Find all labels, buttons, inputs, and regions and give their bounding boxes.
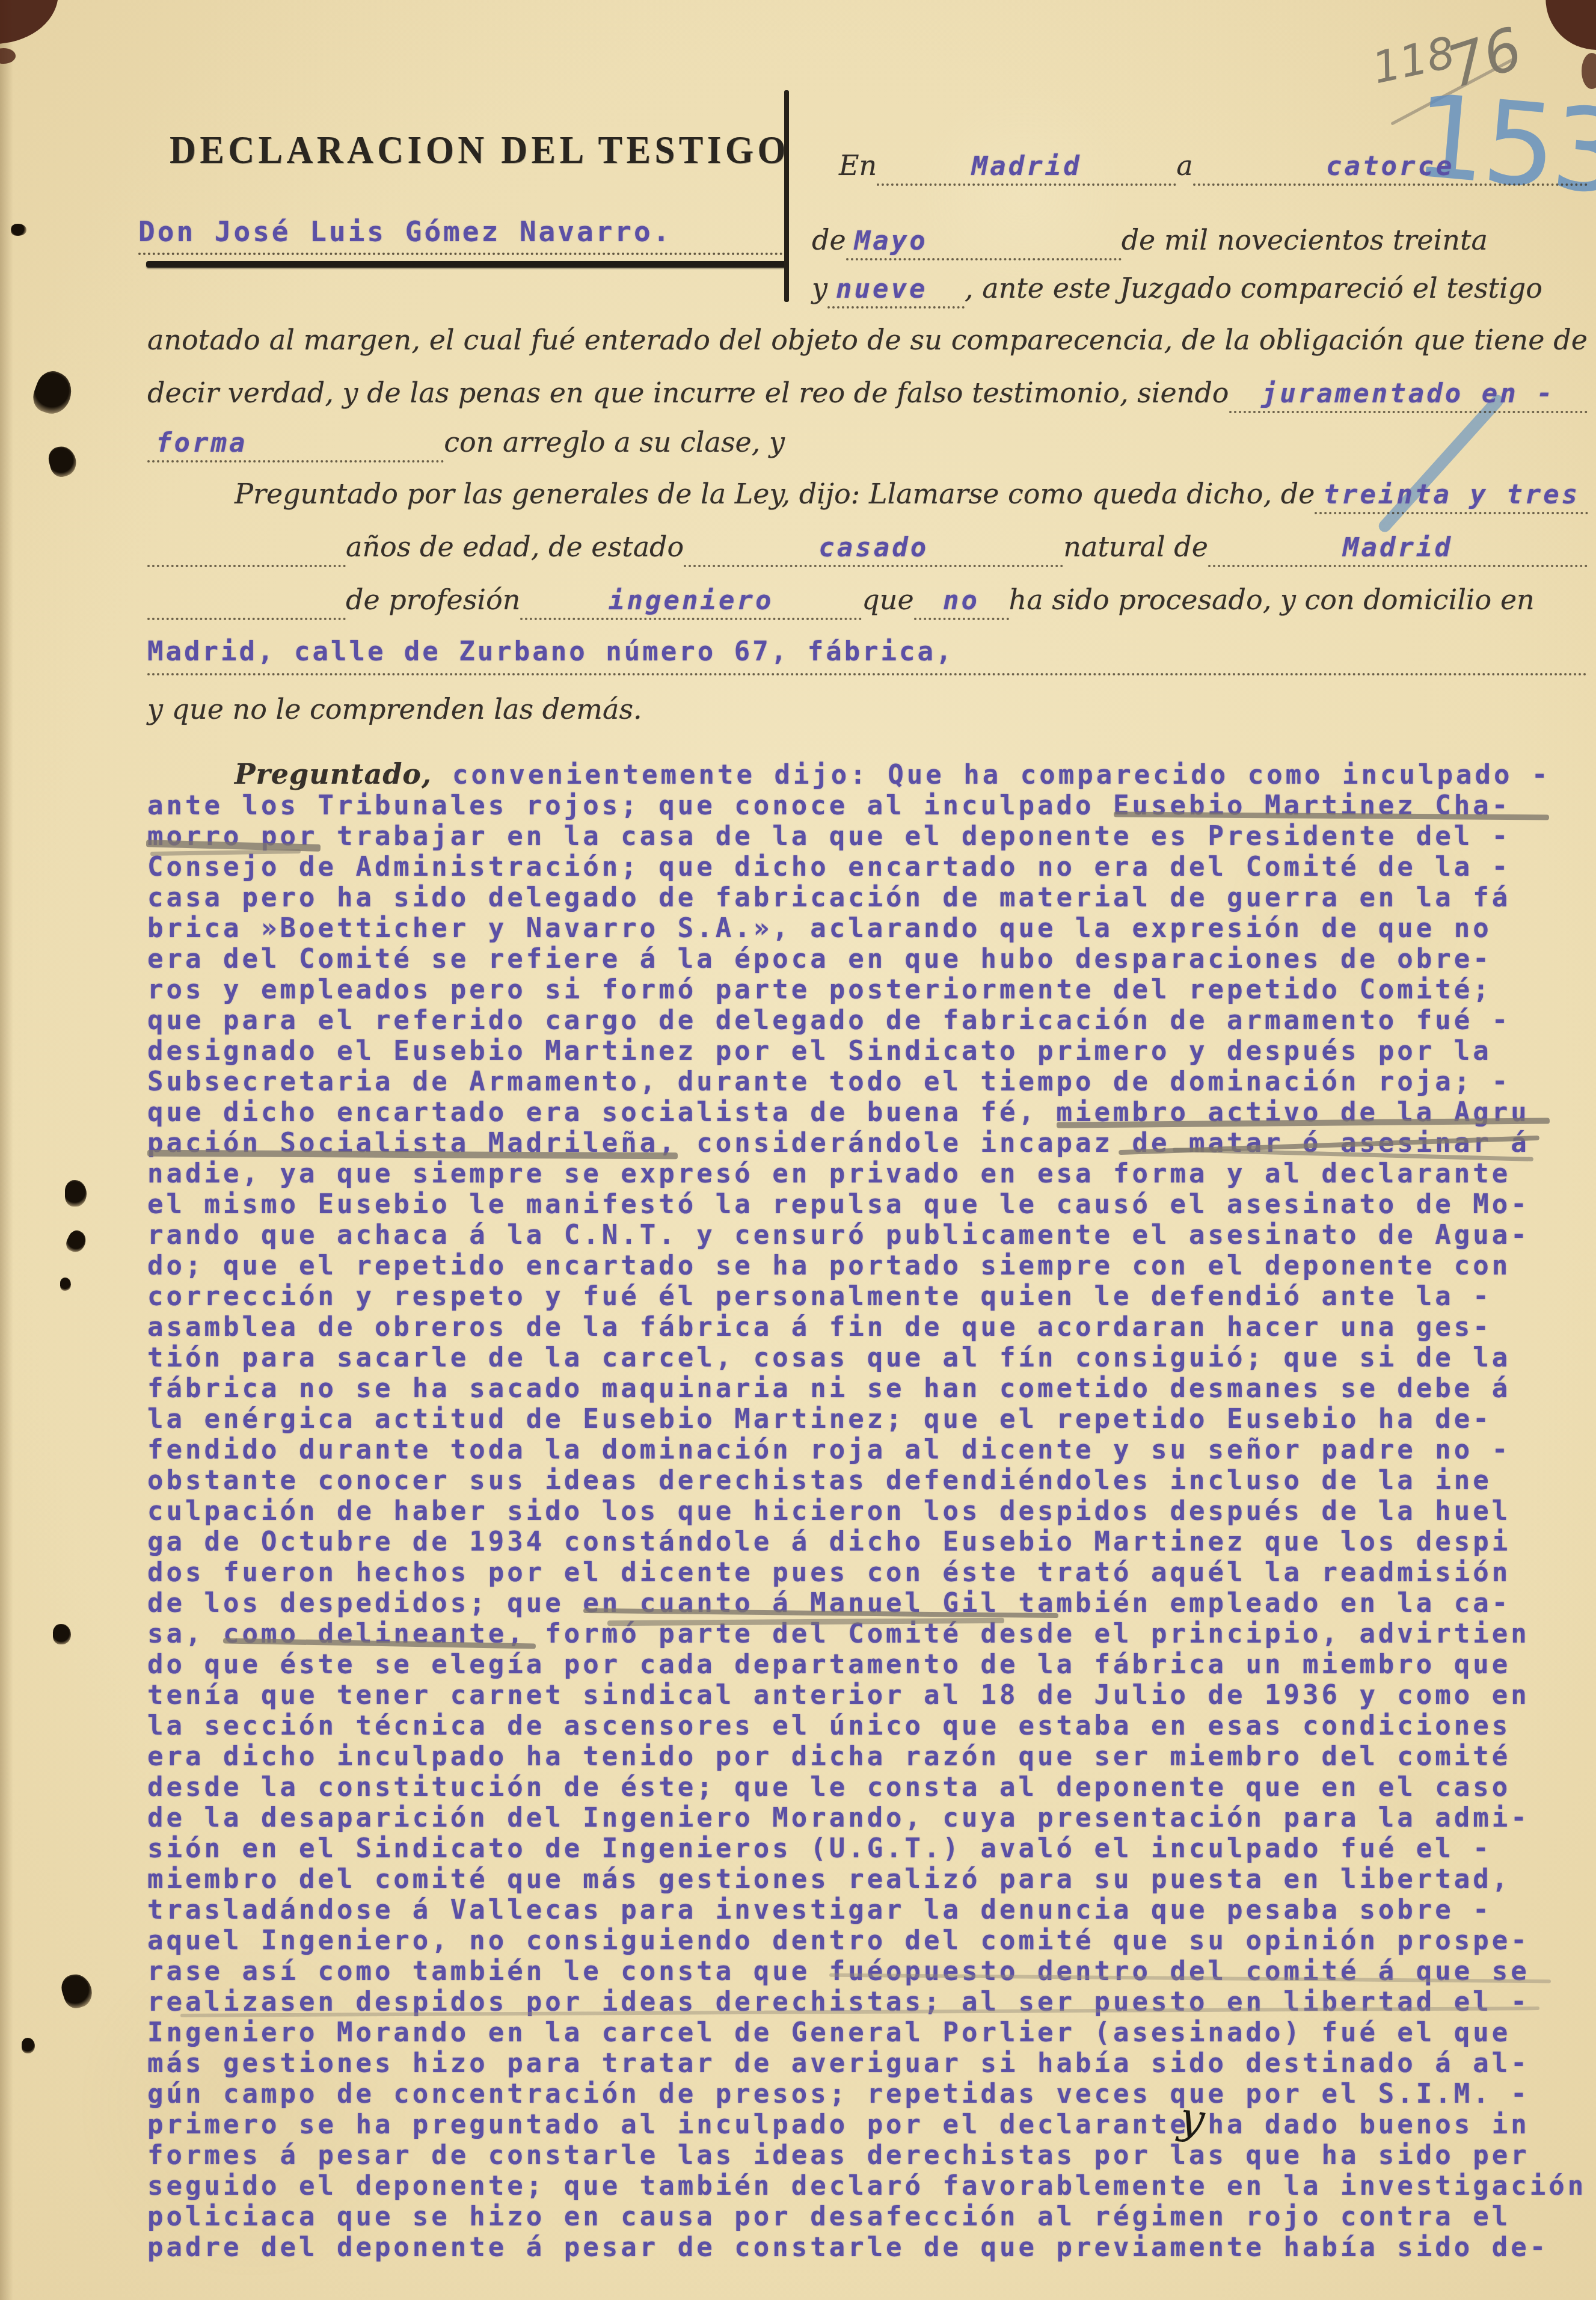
after-year-label: , ante este Juzgado compareció el testig… bbox=[965, 272, 1542, 304]
witness-name: Don José Luis Gómez Navarro. bbox=[138, 215, 672, 248]
age-fill: treinta y tres bbox=[1315, 482, 1588, 514]
natural-fill: Madrid bbox=[1208, 535, 1588, 567]
a-label: a bbox=[1176, 149, 1192, 182]
estado-fill: casado bbox=[684, 535, 1063, 567]
body-line: asamblea de obreros de la fábrica á fin … bbox=[147, 1312, 1591, 1342]
body-line: era dicho inculpado ha tenido por dicha … bbox=[147, 1741, 1591, 1772]
clase-label: con arreglo a su clase, y bbox=[444, 426, 785, 458]
natural-label: natural de bbox=[1063, 530, 1208, 563]
body-line: sión en el Sindicato de Ingenieros (U.G.… bbox=[147, 1833, 1591, 1864]
body-line: desde la constitución de éste; que le co… bbox=[147, 1772, 1591, 1803]
body-line: do; que el repetido encartado se ha port… bbox=[147, 1250, 1591, 1281]
form-row-verdad: decir verdad, y de las penas en que incu… bbox=[147, 377, 1588, 413]
form-title: DECLARACION DEL TESTIGO bbox=[170, 128, 790, 173]
procesado-label: ha sido procesado, y con domicilio en bbox=[1009, 583, 1588, 616]
body-line: rando que achaca á la C.N.T. y censuró p… bbox=[147, 1220, 1591, 1250]
paper-hole bbox=[60, 1278, 71, 1291]
body-line: tión para sacarle de la carcel, cosas qu… bbox=[147, 1342, 1591, 1373]
scan-corner-top-right bbox=[1541, 0, 1596, 52]
month-fill: Mayo bbox=[846, 228, 1122, 260]
body-lines: ante los Tribunales rojos; que conoce al… bbox=[147, 790, 1591, 2263]
paper-hole bbox=[29, 367, 77, 419]
year-fill: nueve bbox=[827, 276, 965, 309]
body-line: primero se ha preguntado al inculpado po… bbox=[147, 2109, 1591, 2140]
paper-hole bbox=[64, 1228, 89, 1255]
heavy-rule bbox=[146, 261, 787, 268]
body-line: rase así como también le consta que fuéo… bbox=[147, 1956, 1591, 1987]
body-first-line: Preguntado, convenientemente dijo: Que h… bbox=[147, 759, 1591, 790]
city-fill: Madrid bbox=[877, 153, 1176, 186]
day-fill: catorce bbox=[1193, 153, 1588, 186]
verdad-label: decir verdad, y de las penas en que incu… bbox=[147, 377, 1229, 409]
blue-folio-number: 153 bbox=[1409, 69, 1596, 220]
body-line: trasladándose á Vallecas para investigar… bbox=[147, 1895, 1591, 1925]
body-line: obstante conocer sus ideas derechistas d… bbox=[147, 1465, 1591, 1496]
body-line: tenía que tener carnet sindical anterior… bbox=[147, 1680, 1591, 1711]
scan-corner-top-left bbox=[0, 0, 64, 46]
form-row-month: de Mayo de mil novecientos treinta bbox=[812, 224, 1588, 260]
body-line: corrección y respeto y fué él personalme… bbox=[147, 1281, 1591, 1312]
domicilio-fill: Madrid, calle de Zurbano número 67, fábr… bbox=[147, 636, 1588, 675]
body-line: fábrica no se ha sacado maquinaria ni se… bbox=[147, 1373, 1591, 1404]
edad-label: años de edad, de estado bbox=[346, 530, 684, 563]
form-row-year: y nueve , ante este Juzgado compareció e… bbox=[812, 272, 1588, 309]
y-label: y bbox=[812, 272, 827, 304]
body-line: dos fueron hechos por el dicente pues co… bbox=[147, 1557, 1591, 1588]
form-row-profesion: de profesión ingeniero que no ha sido pr… bbox=[147, 583, 1588, 620]
body-line: Ingeniero Morando en la carcel de Genera… bbox=[147, 2017, 1591, 2048]
body-line: ga de Octubre de 1934 constándole á dich… bbox=[147, 1527, 1591, 1557]
paper-hole bbox=[65, 1180, 87, 1207]
forma-fill: forma bbox=[147, 430, 444, 463]
body-line: designado el Eusebio Martinez por el Sin… bbox=[147, 1036, 1591, 1066]
body-line: ros y empleados pero si formó parte post… bbox=[147, 974, 1591, 1005]
body-line: Subsecretaria de Armamento, durante todo… bbox=[147, 1066, 1591, 1097]
body-line: culpación de haber sido los que hicieron… bbox=[147, 1496, 1591, 1527]
body-line: policiaca que se hizo en causa por desaf… bbox=[147, 2201, 1591, 2232]
sworn-fill: juramentado en - bbox=[1229, 381, 1588, 413]
paper-hole bbox=[53, 1624, 71, 1644]
body-line: miembro del comité que más gestiones rea… bbox=[147, 1864, 1591, 1895]
paper-hole bbox=[11, 224, 26, 236]
blank-dots bbox=[147, 600, 346, 620]
deposition-body: Preguntado, convenientemente dijo: Que h… bbox=[147, 759, 1591, 2263]
profesion-label: de profesión bbox=[346, 583, 520, 616]
body-line: la sección técnica de ascensores el únic… bbox=[147, 1711, 1591, 1741]
body-line: convenientemente dijo: Que ha comparecid… bbox=[452, 760, 1550, 790]
profesion-fill: ingeniero bbox=[520, 588, 862, 620]
body-line: padre del deponente á pesar de constarle… bbox=[147, 2232, 1591, 2263]
de-label: de bbox=[812, 224, 846, 256]
left-edge-shadow bbox=[0, 0, 13, 2300]
preguntado-label: Preguntado, bbox=[235, 759, 432, 790]
blank-dots bbox=[147, 547, 346, 567]
form-line-marginal: anotado al margen, el cual fué enterado … bbox=[147, 324, 1588, 356]
form-row-edad: años de edad, de estado casado natural d… bbox=[147, 530, 1588, 567]
body-line: morro por trabajar en la casa de la que … bbox=[147, 821, 1591, 852]
form-row-generales: Preguntado por las generales de la Ley, … bbox=[235, 478, 1588, 514]
dotted-rule-under-name bbox=[138, 253, 783, 255]
body-line: fendido durante toda la dominación roja … bbox=[147, 1434, 1591, 1465]
scanned-declaration-page: 118 76 153 DECLARACION DEL TESTIGO Don J… bbox=[0, 0, 1596, 2300]
paper-hole bbox=[46, 443, 79, 479]
body-line: que para el referido cargo de delegado d… bbox=[147, 1005, 1591, 1036]
paper-hole bbox=[58, 1970, 96, 2011]
generales-label: Preguntado por las generales de la Ley, … bbox=[235, 478, 1315, 510]
body-line: gún campo de concentración de presos; re… bbox=[147, 2079, 1591, 2109]
body-line: la enérgica actitud de Eusebio Martinez;… bbox=[147, 1404, 1591, 1434]
body-line: el mismo Eusebio le manifestó la repulsa… bbox=[147, 1189, 1591, 1220]
form-row-forma: forma con arreglo a su clase, y bbox=[147, 426, 785, 463]
que-label: que bbox=[862, 583, 913, 616]
year-prefix-label: de mil novecientos treinta bbox=[1122, 224, 1488, 256]
body-line: de la desaparición del Ingeniero Morando… bbox=[147, 1803, 1591, 1833]
body-line: seguido el deponente; que también declar… bbox=[147, 2171, 1591, 2201]
body-line: Consejo de Administración; que dicho enc… bbox=[147, 852, 1591, 882]
body-line: formes á pesar de constarle las ideas de… bbox=[147, 2140, 1591, 2171]
form-row-place-day: En Madrid a catorce bbox=[839, 149, 1588, 186]
body-line: más gestiones hizo para tratar de averig… bbox=[147, 2048, 1591, 2079]
paper-hole bbox=[22, 2038, 35, 2053]
en-label: En bbox=[839, 149, 877, 182]
body-line: do que éste se elegía por cada departame… bbox=[147, 1649, 1591, 1680]
body-line: aquel Ingeniero, no consiguiendo dentro … bbox=[147, 1925, 1591, 1956]
vertical-divider-rule bbox=[784, 90, 789, 302]
body-line: era del Comité se refiere á la época en … bbox=[147, 944, 1591, 974]
procesado-fill: no bbox=[914, 588, 1009, 620]
scan-corner-mark bbox=[0, 48, 16, 64]
body-line: casa pero ha sido delegado de fabricació… bbox=[147, 882, 1591, 913]
body-line: nadie, ya que siempre se expresó en priv… bbox=[147, 1158, 1591, 1189]
form-line-demas: y que no le comprenden las demás. bbox=[147, 693, 642, 725]
body-line: brica »Boetticher y Navarro S.A.», aclar… bbox=[147, 913, 1591, 944]
